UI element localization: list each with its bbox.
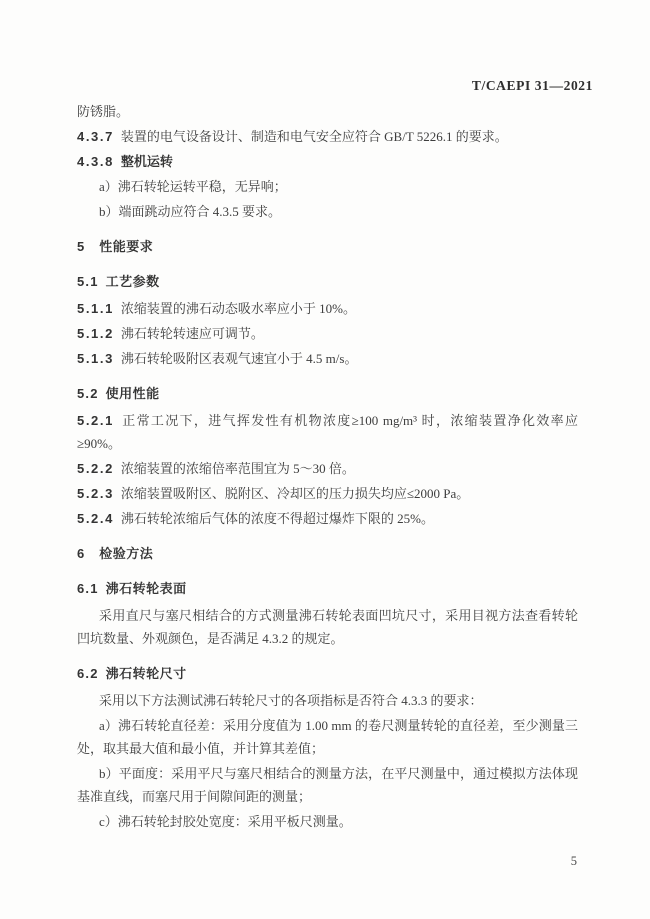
paragraph-19: 采用以下方法测试沸石转轮尺寸的各项指标是否符合 4.3.3 的要求： — [77, 689, 578, 712]
document-body: 防锈脂。4.3.7装置的电气设备设计、制造和电气安全应符合 GB/T 5226.… — [77, 100, 578, 835]
clause-number: 5.2.4 — [77, 511, 114, 526]
clause-text: 沸石转轮浓缩后气体的浓度不得超过爆炸下限的 25%。 — [121, 511, 434, 526]
clause-number: 5.2.3 — [77, 486, 114, 501]
clause-text: 使用性能 — [106, 386, 160, 401]
clause-text: 检验方法 — [99, 546, 153, 561]
clause-number: 5.1.2 — [77, 326, 114, 341]
clause-number: 5.2 — [77, 386, 99, 401]
clause-text: 浓缩装置的浓缩倍率范围宜为 5～30 倍。 — [121, 461, 355, 476]
scanned-standard-page: T/CAEPI 31—2021 防锈脂。4.3.7装置的电气设备设计、制造和电气… — [0, 0, 650, 919]
heading-5: 5性能要求 — [77, 235, 578, 258]
clause-number: 6 — [77, 546, 84, 561]
clause-number: 5 — [77, 239, 84, 254]
clause-5.1.3: 5.1.3沸石转轮吸附区表观气速宜小于 4.5 m/s。 — [77, 347, 578, 370]
clause-number: 5.2.2 — [77, 461, 114, 476]
paragraph-17: 采用直尺与塞尺相结合的方式测量沸石转轮表面凹坑尺寸，采用目视方法查看转轮凹坑数量… — [77, 604, 578, 650]
continuation-0: 防锈脂。 — [77, 100, 578, 123]
clause-number: 4.3.8 — [77, 154, 114, 169]
clause-number: 5.1.3 — [77, 351, 114, 366]
heading-6: 6检验方法 — [77, 542, 578, 565]
clause-text: b）平面度：采用平尺与塞尺相结合的测量方法，在平尺测量中，通过模拟方法体现基准直… — [77, 766, 578, 804]
clause-number: 5.1.1 — [77, 301, 114, 316]
page-number: 5 — [0, 854, 577, 869]
clause-text: 正常工况下，进气挥发性有机物浓度≥100 mg/m³ 时，浓缩装置净化效率应≥9… — [77, 413, 578, 451]
clause-text: 采用以下方法测试沸石转轮尺寸的各项指标是否符合 4.3.3 的要求： — [99, 693, 483, 708]
clause-5.1.2: 5.1.2沸石转轮转速应可调节。 — [77, 322, 578, 345]
list-item-22: c）沸石转轮封胶处宽度：采用平板尺测量。 — [77, 810, 578, 833]
clause-number: 6.1 — [77, 581, 99, 596]
clause-text: a）沸石转轮直径差：采用分度值为 1.00 mm 的卷尺测量转轮的直径差，至少测… — [77, 718, 578, 756]
clause-text: 浓缩装置吸附区、脱附区、冷却区的压力损失均应≤2000 Pa。 — [121, 486, 469, 501]
clause-number: 4.3.7 — [77, 129, 114, 144]
heading-5.1: 5.1工艺参数 — [77, 270, 578, 293]
clause-5.2.2: 5.2.2浓缩装置的浓缩倍率范围宜为 5～30 倍。 — [77, 457, 578, 480]
clause-5.2.3: 5.2.3浓缩装置吸附区、脱附区、冷却区的压力损失均应≤2000 Pa。 — [77, 482, 578, 505]
clause-text: 采用直尺与塞尺相结合的方式测量沸石转轮表面凹坑尺寸，采用目视方法查看转轮凹坑数量… — [77, 608, 578, 646]
list-item-21: b）平面度：采用平尺与塞尺相结合的测量方法，在平尺测量中，通过模拟方法体现基准直… — [77, 762, 578, 808]
clause-5.2.4: 5.2.4沸石转轮浓缩后气体的浓度不得超过爆炸下限的 25%。 — [77, 507, 578, 530]
clause-text: 性能要求 — [99, 239, 153, 254]
heading-6.2: 6.2沸石转轮尺寸 — [77, 662, 578, 685]
clause-number: 6.2 — [77, 666, 99, 681]
clause-text: b）端面跳动应符合 4.3.5 要求。 — [99, 204, 281, 219]
clause-number: 5.2.1 — [77, 413, 114, 428]
clause-text: 沸石转轮吸附区表观气速宜小于 4.5 m/s。 — [121, 351, 358, 366]
clause-text: 沸石转轮转速应可调节。 — [121, 326, 264, 341]
list-item-20: a）沸石转轮直径差：采用分度值为 1.00 mm 的卷尺测量转轮的直径差，至少测… — [77, 714, 578, 760]
clause-5.2.1: 5.2.1正常工况下，进气挥发性有机物浓度≥100 mg/m³ 时，浓缩装置净化… — [77, 409, 578, 455]
heading-5.2: 5.2使用性能 — [77, 382, 578, 405]
clause-text: 沸石转轮尺寸 — [106, 666, 187, 681]
clause-text: 整机运转 — [121, 154, 173, 169]
clause-4.3.7: 4.3.7装置的电气设备设计、制造和电气安全应符合 GB/T 5226.1 的要… — [77, 125, 578, 148]
document-code-header: T/CAEPI 31—2021 — [0, 78, 593, 94]
list-item-4: b）端面跳动应符合 4.3.5 要求。 — [77, 200, 578, 223]
clause-number: 5.1 — [77, 274, 99, 289]
heading-4.3.8: 4.3.8整机运转 — [77, 150, 578, 173]
clause-text: a）沸石转轮运转平稳，无异响； — [99, 179, 287, 194]
clause-text: c）沸石转轮封胶处宽度：采用平板尺测量。 — [99, 814, 352, 829]
clause-text: 工艺参数 — [106, 274, 160, 289]
list-item-3: a）沸石转轮运转平稳，无异响； — [77, 175, 578, 198]
clause-text: 沸石转轮表面 — [106, 581, 187, 596]
heading-6.1: 6.1沸石转轮表面 — [77, 577, 578, 600]
clause-text: 浓缩装置的沸石动态吸水率应小于 10%。 — [121, 301, 356, 316]
clause-5.1.1: 5.1.1浓缩装置的沸石动态吸水率应小于 10%。 — [77, 297, 578, 320]
clause-text: 装置的电气设备设计、制造和电气安全应符合 GB/T 5226.1 的要求。 — [121, 129, 508, 144]
clause-text: 防锈脂。 — [77, 104, 129, 119]
